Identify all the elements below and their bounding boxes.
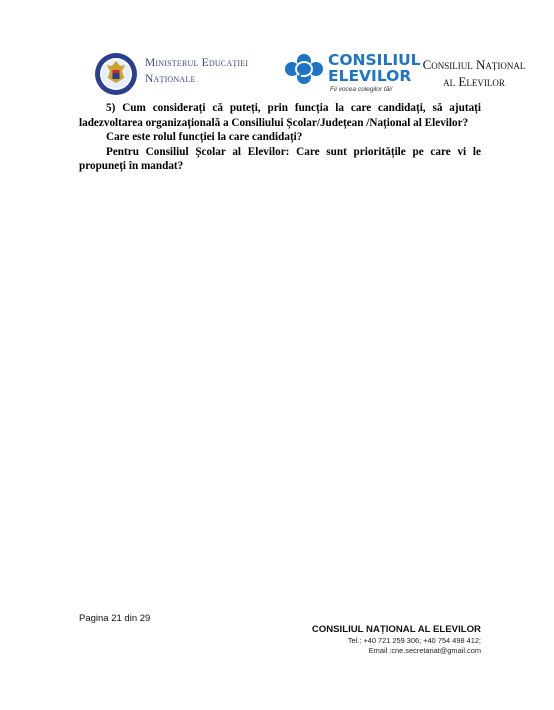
ministry-line-1: Ministerul Educației [145,55,248,71]
role-question-paragraph: Care este rolul funcției la care candida… [79,130,481,145]
document-header: Ministerul Educației Naționale CONSILIUL… [0,0,554,100]
ministry-name: Ministerul Educației Naționale [145,55,248,87]
footer-phone: Tel.: +40 721 259 306; +40 754 498 412; [312,636,481,646]
council-logo-text: CONSILIUL ELEVILOR [328,52,421,84]
footer-org-name: CONSILIUL NAȚIONAL AL ELEVILOR [312,623,481,636]
page-number: Pagina 21 din 29 [79,613,150,624]
government-seal-icon [94,52,138,96]
document-body: 5) Cum considerați că puteți, prin funcț… [79,101,481,174]
question-5-paragraph: 5) Cum considerați că puteți, prin funcț… [79,101,481,130]
council-logo-line-1: CONSILIUL [328,52,421,68]
cne-header-line-2: al Elevilor [413,73,535,90]
footer-email: Email :cne.secretariat@gmail.com [312,646,481,656]
speech-bubbles-logo-icon [283,53,325,85]
footer-contact: CONSILIUL NAȚIONAL AL ELEVILOR Tel.: +40… [312,623,481,656]
cne-header-line-1: Consiliul Național [413,56,535,73]
ministry-line-2: Naționale [145,71,248,87]
cne-header-title: Consiliul Național al Elevilor [413,56,535,90]
council-logo-line-2: ELEVILOR [328,68,421,84]
council-tagline: Fii vocea colegilor tăi! [330,86,393,93]
priorities-question-paragraph: Pentru Consiliul Școlar al Elevilor: Car… [79,145,481,174]
